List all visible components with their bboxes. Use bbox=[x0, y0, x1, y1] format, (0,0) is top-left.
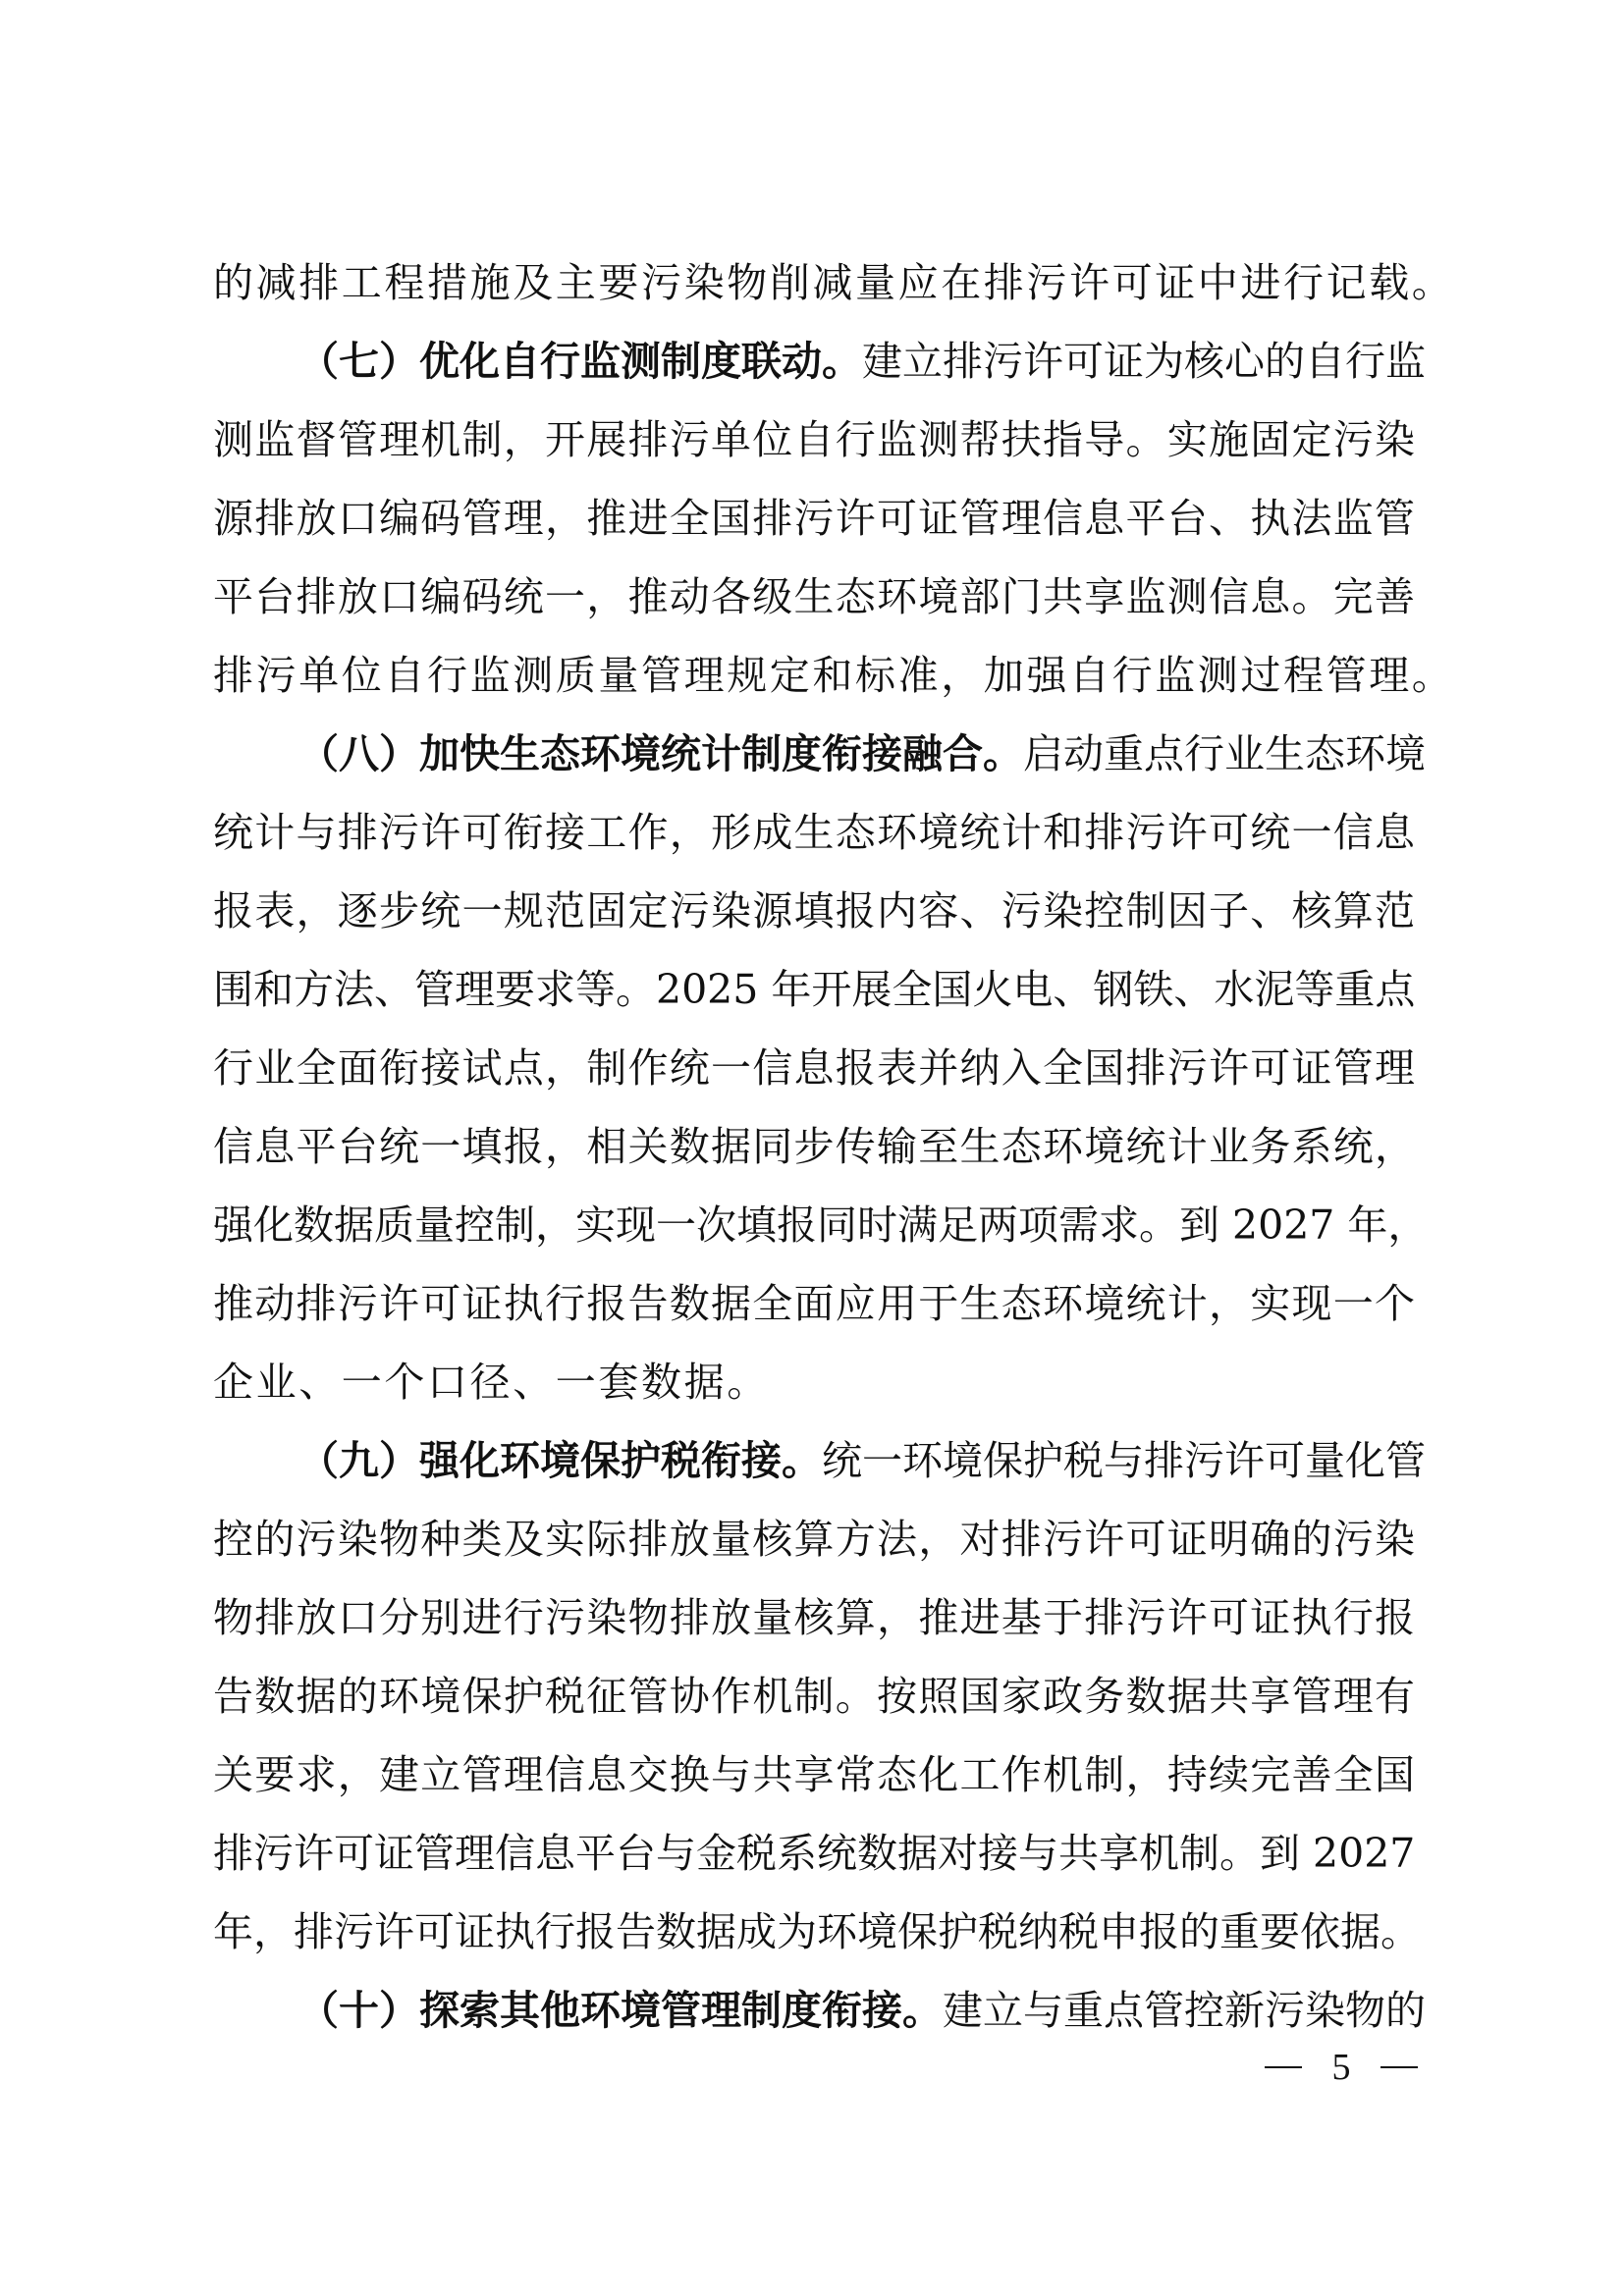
text-line: 控的污染物种类及实际排放量核算方法，对排污许可证明确的污染 bbox=[213, 1510, 1415, 1588]
line-text: 报表，逐步统一规范固定污染源填报内容、污染控制因子、核算范 bbox=[213, 887, 1415, 934]
line-text: 平台排放口编码统一，推动各级生态环境部门共享监测信息。完善 bbox=[213, 573, 1415, 620]
line-text: 强化数据质量控制，实现一次填报同时满足两项需求。到 2027 年， bbox=[213, 1201, 1428, 1249]
text-line: 信息平台统一填报，相关数据同步传输至生态环境统计业务系统， bbox=[213, 1117, 1415, 1196]
line-text: 建立排污许可证为核心的自行监 bbox=[862, 338, 1426, 385]
text-line: 物排放口分别进行污染物排放量核算，推进基于排污许可证执行报 bbox=[213, 1588, 1415, 1667]
text-line: 年，排污许可证执行报告数据成为环境保护税纳税申报的重要依据。 bbox=[213, 1902, 1415, 1981]
line-text: 排污许可证管理信息平台与金税系统数据对接与共享机制。到 2027 bbox=[213, 1830, 1415, 1877]
section-heading-7: （七）优化自行监测制度联动。 bbox=[298, 338, 862, 385]
line-text: 测监督管理机制，开展排污单位自行监测帮扶指导。实施固定污染 bbox=[213, 416, 1415, 463]
page-number: 5 bbox=[1265, 2046, 1418, 2089]
line-text: 统一环境保护税与排污许可量化管 bbox=[822, 1437, 1426, 1484]
text-line: 测监督管理机制，开展排污单位自行监测帮扶指导。实施固定污染 bbox=[213, 410, 1415, 489]
line-text: 建立与重点管控新污染物的 bbox=[943, 1987, 1426, 2034]
text-line: 排污许可证管理信息平台与金税系统数据对接与共享机制。到 2027 bbox=[213, 1824, 1415, 1902]
line-text: 控的污染物种类及实际排放量核算方法，对排污许可证明确的污染 bbox=[213, 1516, 1415, 1563]
text-line: 关要求，建立管理信息交换与共享常态化工作机制，持续完善全国 bbox=[213, 1745, 1415, 1824]
section-heading-10: （十）探索其他环境管理制度衔接。 bbox=[298, 1987, 943, 2034]
line-text: 物排放口分别进行污染物排放量核算，推进基于排污许可证执行报 bbox=[213, 1594, 1415, 1641]
paragraph-7-heading-line: （七）优化自行监测制度联动。建立排污许可证为核心的自行监 bbox=[213, 332, 1415, 410]
line-text: 排污单位自行监测质量管理规定和标准，加强自行监测过程管理。 bbox=[213, 652, 1454, 699]
paragraph-8-heading-line: （八）加快生态环境统计制度衔接融合。启动重点行业生态环境 bbox=[213, 724, 1415, 803]
section-heading-9: （九）强化环境保护税衔接。 bbox=[298, 1437, 822, 1484]
dash-left bbox=[1265, 2066, 1302, 2068]
document-page: 的减排工程措施及主要污染物削减量应在排污许可证中进行记载。 （七）优化自行监测制… bbox=[0, 0, 1624, 2296]
text-line: 强化数据质量控制，实现一次填报同时满足两项需求。到 2027 年， bbox=[213, 1196, 1415, 1274]
line-text: 行业全面衔接试点，制作统一信息报表并纳入全国排污许可证管理 bbox=[213, 1044, 1415, 1092]
line-text: 源排放口编码管理，推进全国排污许可证管理信息平台、执法监管 bbox=[213, 495, 1415, 542]
body-text: 的减排工程措施及主要污染物削减量应在排污许可证中进行记载。 （七）优化自行监测制… bbox=[213, 253, 1415, 2059]
text-line: 平台排放口编码统一，推动各级生态环境部门共享监测信息。完善 bbox=[213, 567, 1415, 646]
line-text: 推动排污许可证执行报告数据全面应用于生态环境统计，实现一个 bbox=[213, 1280, 1415, 1327]
text-line: 推动排污许可证执行报告数据全面应用于生态环境统计，实现一个 bbox=[213, 1274, 1415, 1353]
section-heading-8: （八）加快生态环境统计制度衔接融合。 bbox=[298, 730, 1023, 777]
line-text: 的减排工程措施及主要污染物削减量应在排污许可证中进行记载。 bbox=[213, 259, 1454, 306]
text-line: 围和方法、管理要求等。2025 年开展全国火电、钢铁、水泥等重点 bbox=[213, 960, 1415, 1039]
text-line: 报表，逐步统一规范固定污染源填报内容、污染控制因子、核算范 bbox=[213, 881, 1415, 960]
line-text: 告数据的环境保护税征管协作机制。按照国家政务数据共享管理有 bbox=[213, 1673, 1415, 1720]
page-number-value: 5 bbox=[1332, 2046, 1351, 2089]
text-line: 企业、一个口径、一套数据。 bbox=[213, 1353, 1415, 1431]
line-text: 企业、一个口径、一套数据。 bbox=[213, 1359, 770, 1406]
line-text: 关要求，建立管理信息交换与共享常态化工作机制，持续完善全国 bbox=[213, 1751, 1415, 1798]
line-text: 年，排污许可证执行报告数据成为环境保护税纳税申报的重要依据。 bbox=[213, 1908, 1421, 1955]
text-line: 告数据的环境保护税征管协作机制。按照国家政务数据共享管理有 bbox=[213, 1667, 1415, 1745]
line-text: 统计与排污许可衔接工作，形成生态环境统计和排污许可统一信息 bbox=[213, 809, 1415, 856]
line-text: 信息平台统一填报，相关数据同步传输至生态环境统计业务系统， bbox=[213, 1123, 1415, 1170]
text-line: 排污单位自行监测质量管理规定和标准，加强自行监测过程管理。 bbox=[213, 646, 1415, 724]
text-line: 源排放口编码管理，推进全国排污许可证管理信息平台、执法监管 bbox=[213, 489, 1415, 567]
paragraph-10-heading-line: （十）探索其他环境管理制度衔接。建立与重点管控新污染物的 bbox=[213, 1981, 1415, 2059]
text-line: 行业全面衔接试点，制作统一信息报表并纳入全国排污许可证管理 bbox=[213, 1039, 1415, 1117]
line-text: 启动重点行业生态环境 bbox=[1023, 730, 1426, 777]
text-line: 统计与排污许可衔接工作，形成生态环境统计和排污许可统一信息 bbox=[213, 803, 1415, 881]
paragraph-9-heading-line: （九）强化环境保护税衔接。统一环境保护税与排污许可量化管 bbox=[213, 1431, 1415, 1510]
text-line: 的减排工程措施及主要污染物削减量应在排污许可证中进行记载。 bbox=[213, 253, 1415, 332]
dash-right bbox=[1380, 2066, 1418, 2068]
line-text: 围和方法、管理要求等。2025 年开展全国火电、钢铁、水泥等重点 bbox=[213, 966, 1415, 1013]
